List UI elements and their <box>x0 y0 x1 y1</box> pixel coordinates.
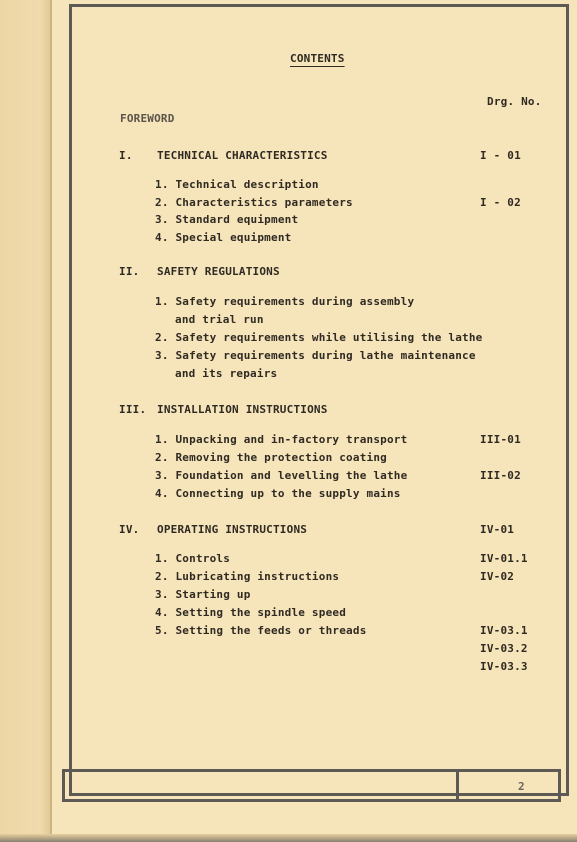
toc-item: 2. Characteristics parameters <box>155 196 353 209</box>
toc-item-drg: IV-02 <box>480 570 514 583</box>
section-4-number: IV. <box>119 523 139 536</box>
toc-item: 1. Technical description <box>155 178 319 191</box>
title-block-divider <box>456 769 459 802</box>
toc-item-drg: III-01 <box>480 433 521 446</box>
toc-item: 4. Special equipment <box>155 231 291 244</box>
toc-item: 2. Removing the protection coating <box>155 451 387 464</box>
toc-item-drg: IV-03.1 <box>480 624 528 637</box>
toc-item-drg: III-02 <box>480 469 521 482</box>
page-title: CONTENTS <box>290 52 345 65</box>
toc-item-continuation: and its repairs <box>175 367 277 380</box>
toc-item: 3. Starting up <box>155 588 251 601</box>
toc-item: 5. Setting the feeds or threads <box>155 624 367 637</box>
toc-item: 3. Safety requirements during lathe main… <box>155 349 476 362</box>
toc-extra-drg: IV-03.2 <box>480 642 528 655</box>
toc-item: 3. Foundation and levelling the lathe <box>155 469 407 482</box>
toc-item-continuation: and trial run <box>175 313 264 326</box>
toc-item: 3. Standard equipment <box>155 213 298 226</box>
toc-item: 1. Safety requirements during assembly <box>155 295 414 308</box>
section-2-number: II. <box>119 265 139 278</box>
section-1-title: TECHNICAL CHARACTERISTICS <box>157 149 328 162</box>
facing-page-edge <box>0 0 50 842</box>
section-4-title: OPERATING INSTRUCTIONS <box>157 523 307 536</box>
toc-item: 4. Connecting up to the supply mains <box>155 487 401 500</box>
section-3-title: INSTALLATION INSTRUCTIONS <box>157 403 328 416</box>
title-block <box>62 769 561 802</box>
toc-item: 1. Unpacking and in-factory transport <box>155 433 407 446</box>
toc-item: 1. Controls <box>155 552 230 565</box>
toc-item: 2. Safety requirements while utilising t… <box>155 331 483 344</box>
toc-item-drg: IV-01.1 <box>480 552 528 565</box>
drawing-number-header: Drg. No. <box>487 95 542 108</box>
section-3-number: III. <box>119 403 146 416</box>
page-number: 2 <box>518 780 525 793</box>
section-1-drg: I - 01 <box>480 149 521 162</box>
toc-item-drg: I - 02 <box>480 196 521 209</box>
toc-extra-drg: IV-03.3 <box>480 660 528 673</box>
section-4-drg: IV-01 <box>480 523 514 536</box>
section-2-title: SAFETY REGULATIONS <box>157 265 280 278</box>
page-shadow <box>0 834 577 842</box>
foreword-entry: FOREWORD <box>120 112 175 125</box>
section-1-number: I. <box>119 149 133 162</box>
toc-item: 4. Setting the spindle speed <box>155 606 346 619</box>
toc-item: 2. Lubricating instructions <box>155 570 339 583</box>
